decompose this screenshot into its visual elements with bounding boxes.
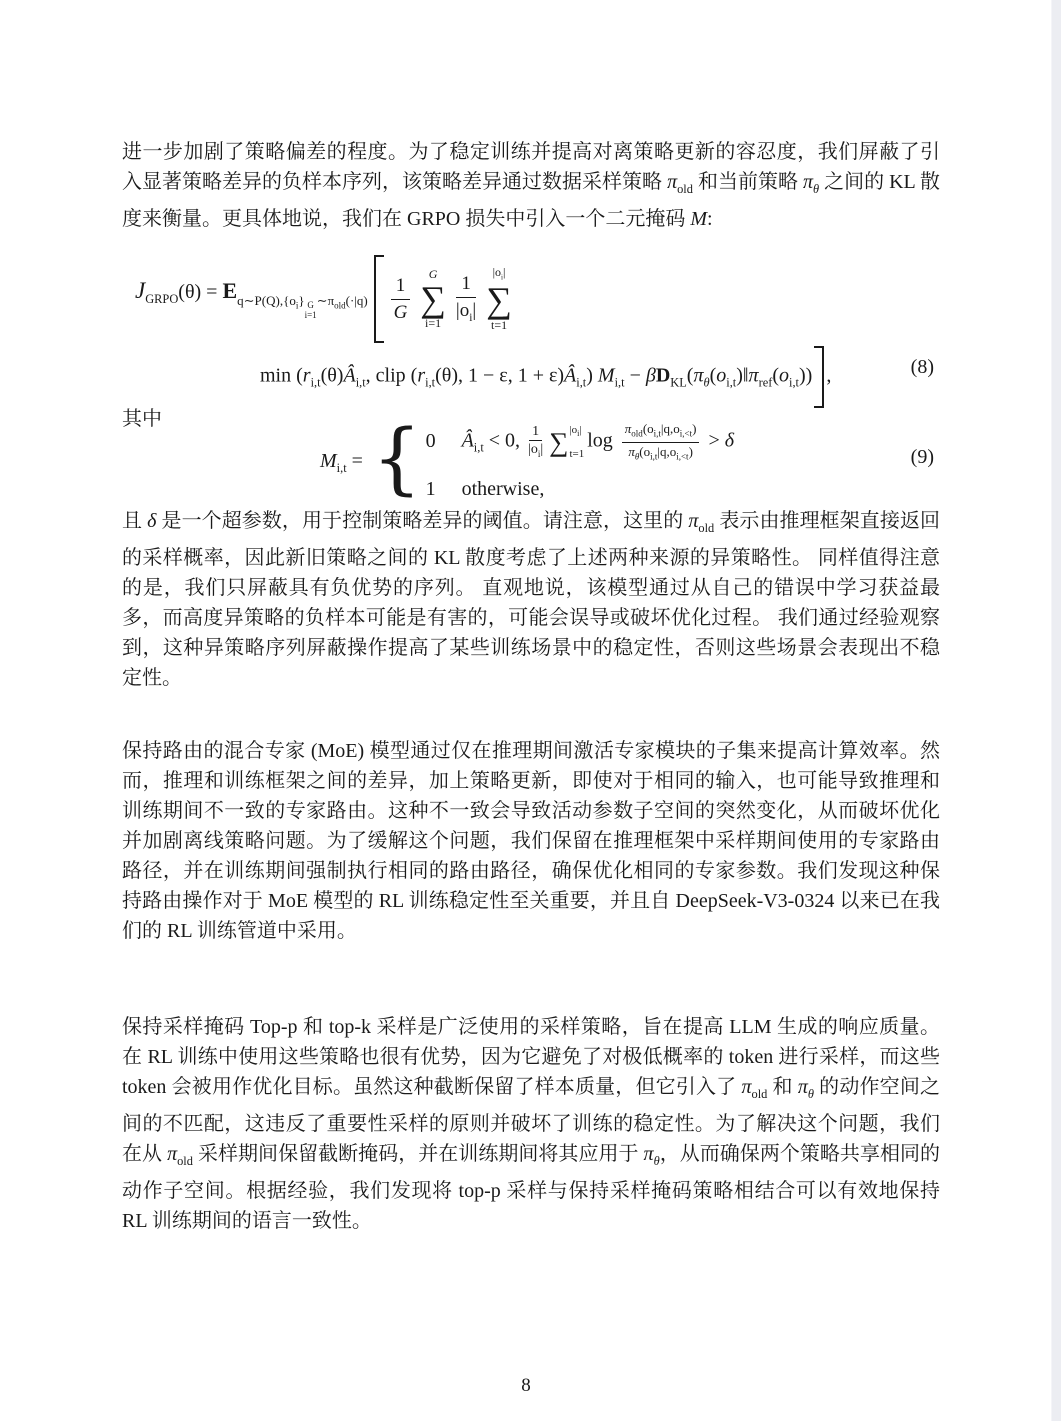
paragraph-delta-hyperparameter: 且 δ 是一个超参数，用于控制策略差异的阈值。请注意，这里的 πold 表示由推…: [122, 506, 940, 693]
sum-over-i: G∑i=1: [420, 268, 446, 331]
text-run: |o: [493, 265, 501, 279]
paren: ): [799, 365, 806, 387]
sum-limits: |oi|t=1: [569, 424, 584, 460]
clip-operator: , clip (: [366, 365, 418, 387]
text-run: |: [503, 265, 505, 279]
subscript-old: old: [631, 429, 643, 439]
fraction-1-over-oi: 1|oi|: [528, 424, 543, 460]
text-run: q∼P(Q),{o: [237, 293, 296, 308]
text-run: (θ), 1 − ε, 1 + ε): [435, 365, 564, 387]
pi-glyph: π: [741, 1076, 751, 1098]
equation-8-line-2: min (ri,t(θ)Âi,t, clip (ri,t(θ), 1 − ε, …: [260, 346, 940, 410]
subscript-ref: ref: [759, 376, 773, 390]
equation-9-row: Mi,t = { 0Âi,t < 0, 1|oi|∑|oi|t=1log πol…: [320, 420, 940, 506]
text-run: (o: [639, 444, 650, 459]
left-case-brace: {: [372, 420, 422, 498]
text-run: |: [579, 424, 581, 436]
case-value: 1: [426, 473, 462, 505]
subscript-it: i,t: [726, 376, 736, 390]
sigma-glyph: ∑: [420, 281, 446, 317]
subscript-KL: KL: [670, 376, 687, 390]
text-run: (o: [643, 421, 654, 436]
otherwise-label: otherwise,: [462, 478, 545, 500]
left-bracket: [374, 255, 384, 343]
text-run: ∼π: [317, 293, 334, 308]
fraction-1-over-G: 1G: [391, 275, 411, 324]
numerator: 1: [391, 275, 411, 300]
subscript-ilt: i,<t: [676, 451, 688, 461]
subscript-old: old: [177, 1154, 193, 1168]
subscript-it: i,t: [789, 376, 799, 390]
denominator: G: [394, 300, 408, 324]
subscript-it: i,t: [576, 376, 586, 390]
pi-glyph: π: [749, 365, 759, 387]
equals-sign: =: [347, 450, 368, 472]
mask-M-symbol: M: [320, 450, 337, 472]
numerator: 1: [456, 273, 476, 298]
case-list: 0Âi,t < 0, 1|oi|∑|oi|t=1log πold(oi,t|q,…: [426, 421, 734, 504]
equation-grpo-objective: JGRPO(θ) = Eq∼P(Q),{oi}Gi=1∼πold(·|q) 1G…: [122, 256, 940, 410]
subscript-it: i,t: [615, 376, 625, 390]
sup-G: G: [307, 300, 314, 310]
denominator: |oi|: [456, 298, 476, 325]
sum-over-t: ∑|oi|t=1: [549, 424, 584, 460]
advantage-A-glyph: Â: [462, 430, 474, 452]
text-run: |q,o: [661, 421, 680, 436]
text-run: 采样期间保留截断掩码，并在训练期间将其应用于: [193, 1143, 644, 1165]
subscript-old: old: [698, 521, 714, 535]
sum-lower-limit: t=1: [491, 319, 507, 332]
policy-ratio-fraction: πold(oi,t|q,oi,<t)πθ(oi,t|q,oi,<t): [622, 421, 700, 463]
text-run: 保持路由的混合专家 (MoE) 模型通过仅在推理期间激活专家模块的子集来提高计算…: [122, 740, 940, 942]
sum-over-t: |oi|∑t=1: [486, 266, 512, 332]
paren: ): [736, 365, 743, 387]
pi-theta-symbol: πθ: [798, 1076, 814, 1098]
case-value: 0: [426, 425, 462, 457]
subscript-it: i,t: [356, 376, 366, 390]
subscript-grpo: GRPO: [145, 292, 178, 306]
text-run: >: [703, 430, 724, 452]
mask-M-symbol: M: [690, 208, 707, 230]
pi-glyph: π: [667, 171, 677, 193]
subscript-it: i,t: [337, 461, 347, 475]
subscript-it: i,t: [425, 376, 435, 390]
beta-glyph: β: [646, 365, 656, 387]
text-run: |: [472, 300, 476, 321]
fraction-1-over-oi: 1|oi|: [456, 273, 476, 325]
paren: ): [806, 365, 813, 387]
denominator: πθ(oi,t|q,oi,<t): [628, 443, 693, 463]
text-run: :: [707, 208, 713, 230]
text-run: (θ) =: [178, 281, 222, 303]
text-run: 是一个超参数，用于控制策略差异的阈值。请注意，这里的: [156, 510, 688, 532]
paper-page: { "page": { "number": "8" }, "colors": {…: [0, 0, 1061, 1421]
pi-old-symbol: πold: [167, 1143, 193, 1165]
paren: (: [772, 365, 779, 387]
sub-i-eq-1: i=1: [305, 310, 317, 320]
text-run: |o: [528, 442, 538, 457]
case-unmasked: 1otherwise,: [426, 473, 734, 505]
kl-divergence-D-glyph: D: [656, 365, 670, 387]
equation-number-8: (8): [911, 356, 934, 379]
sum-lower-limit: t=1: [569, 448, 584, 460]
subscript-it: i,t: [654, 429, 661, 439]
subscript-old: old: [334, 300, 346, 310]
log-operator: log: [587, 430, 618, 452]
subscript-ilt: i,<t: [680, 429, 692, 439]
expectation-subscript: q∼P(Q),{oi}Gi=1∼πold(·|q): [237, 293, 368, 308]
grpo-lhs-expectation: JGRPO(θ) = Eq∼P(Q),{oi}Gi=1∼πold(·|q): [135, 278, 368, 321]
subscript-old: old: [752, 1087, 768, 1101]
text-run: 和: [767, 1076, 798, 1098]
min-operator: min (: [260, 365, 303, 387]
sigma-glyph: ∑: [486, 282, 512, 318]
pi-glyph: π: [693, 365, 703, 387]
case-masked: 0Âi,t < 0, 1|oi|∑|oi|t=1log πold(oi,t|q,…: [426, 421, 734, 463]
sum-upper-limit: |oi|: [569, 424, 584, 439]
pi-glyph: π: [688, 510, 698, 532]
paragraph-policy-deviation: 进一步加剧了策略偏差的程度。为了稳定训练并提高对离策略更新的容忍度，我们屏蔽了引…: [122, 137, 940, 234]
text-run: |: [540, 442, 543, 457]
paragraph-sampling-mask-replay: 保持采样掩码 Top-p 和 top-k 采样是广泛使用的采样策略，旨在提高 L…: [122, 1012, 940, 1236]
supsub-stack: Gi=1: [305, 300, 317, 321]
text-run: −: [625, 365, 646, 387]
pi-glyph: π: [644, 1143, 654, 1165]
output-o-glyph: o: [779, 365, 789, 387]
pi-glyph: π: [798, 1076, 808, 1098]
scrollbar-track[interactable]: [1051, 0, 1061, 1421]
mask-lhs: Mi,t =: [320, 450, 368, 476]
sigma-glyph: ∑: [549, 429, 568, 456]
ratio-r-glyph: r: [303, 365, 311, 387]
paragraph-routing-replay: 保持路由的混合专家 (MoE) 模型通过仅在推理期间激活专家模块的子集来提高计算…: [122, 736, 940, 946]
denominator: |oi|: [528, 441, 543, 460]
equation-number-9: (9): [911, 446, 934, 469]
right-bracket: [814, 346, 824, 408]
text-run: 和当前策略: [693, 171, 803, 193]
pi-theta-symbol: πθ: [803, 171, 819, 193]
text-run: 且: [122, 510, 147, 532]
output-o-glyph: o: [716, 365, 726, 387]
delta-glyph: δ: [725, 430, 734, 452]
pi-glyph: π: [167, 1143, 177, 1165]
page-number: 8: [0, 1375, 1052, 1397]
text-run: ): [586, 365, 598, 387]
script-J-glyph: J: [135, 278, 145, 303]
pi-old-symbol: πold: [667, 171, 693, 193]
subscript-it: i,t: [474, 441, 484, 455]
equation-8-line-1: JGRPO(θ) = Eq∼P(Q),{oi}Gi=1∼πold(·|q) 1G…: [135, 256, 940, 342]
sum-lower-limit: i=1: [425, 317, 441, 330]
ratio-r-glyph: r: [417, 365, 425, 387]
pi-theta-symbol: πθ: [644, 1143, 660, 1165]
pi-old-symbol: πold: [688, 510, 714, 532]
subscript-old: old: [677, 182, 693, 196]
text-run: 表示由推理框架直接返回的采样概率，因此新旧策略之间的 KL 散度考虑了上述两种来…: [122, 510, 940, 689]
text-run: ): [692, 421, 696, 436]
numerator: πold(oi,t|q,oi,<t): [622, 421, 700, 442]
numerator: 1: [529, 424, 542, 441]
text-run: |o: [569, 424, 577, 436]
text-run: |o: [456, 300, 469, 321]
expectation-E-glyph: E: [222, 278, 237, 303]
text-run: < 0,: [484, 430, 525, 452]
advantage-A-glyph: Â: [343, 365, 355, 387]
pi-old-symbol: πold: [741, 1076, 767, 1098]
advantage-A-glyph: Â: [564, 365, 576, 387]
pi-glyph: π: [803, 171, 813, 193]
mask-M-symbol: M: [598, 365, 615, 387]
text-run: (·|q): [346, 293, 368, 308]
text-run: ): [689, 444, 693, 459]
text-run: ,: [826, 365, 831, 387]
equation-mask-definition: Mi,t = { 0Âi,t < 0, 1|oi|∑|oi|t=1log πol…: [122, 420, 940, 506]
text-run: |q,o: [657, 444, 676, 459]
text-run: (θ): [321, 365, 344, 387]
subscript-it: i,t: [311, 376, 321, 390]
